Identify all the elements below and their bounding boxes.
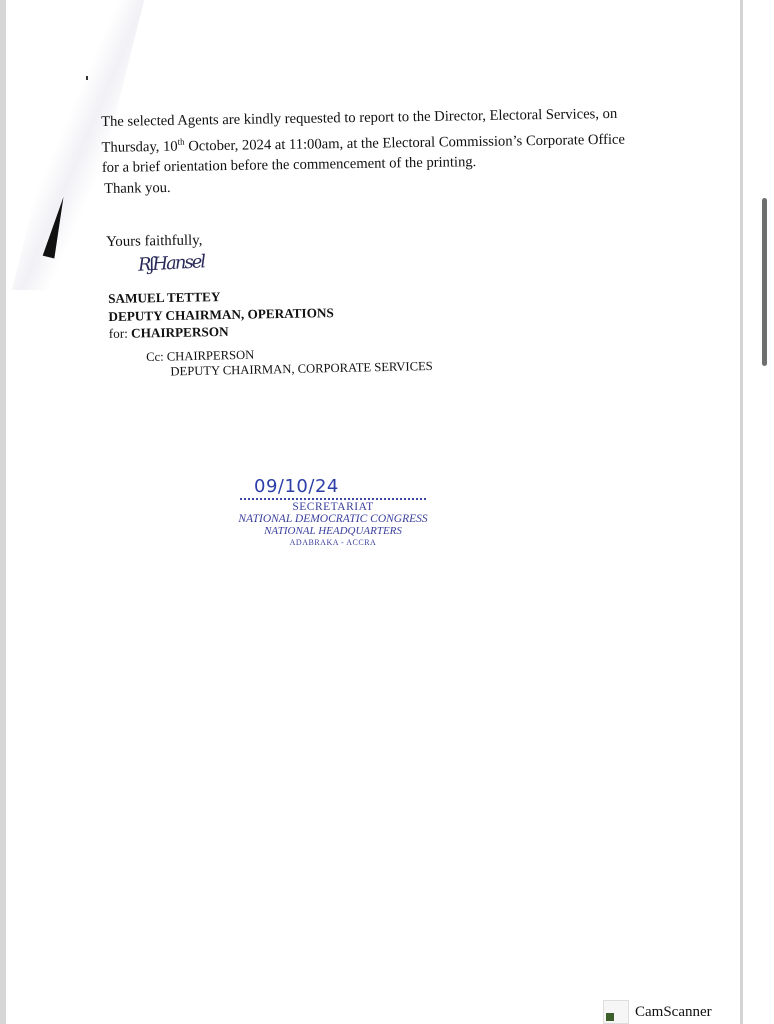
body-paragraph: The selected Agents are kindly requested… [101, 104, 625, 179]
signatory-for: for: CHAIRPERSON [109, 321, 335, 342]
page-right-edge [740, 0, 743, 1024]
stamp-date: 09/10/24 [238, 476, 428, 497]
camscanner-watermark: CamScanner [603, 1000, 712, 1024]
camscanner-label: CamScanner [635, 1004, 712, 1021]
closing-salutation: Yours faithfully, [106, 230, 202, 252]
thanks-line: Thank you. [104, 178, 171, 200]
received-stamp: 09/10/24 SECRETARIAT NATIONAL DEMOCRATIC… [238, 476, 428, 548]
camscanner-logo-icon [603, 1000, 629, 1024]
scrollbar-thumb[interactable] [762, 198, 767, 366]
handwritten-signature: RʃHansel [137, 251, 204, 275]
cc-block: Cc: CHAIRPERSON DEPUTY CHAIRMAN, CORPORA… [146, 344, 433, 380]
page-left-edge [0, 0, 6, 1024]
stamp-line-4: ADABRAKA - ACCRA [238, 537, 428, 548]
stamp-dotted-line [240, 498, 426, 500]
stamp-line-2: NATIONAL DEMOCRATIC CONGRESS [238, 513, 428, 525]
signatory-block: SAMUEL TETTEY DEPUTY CHAIRMAN, OPERATION… [108, 286, 334, 342]
stamp-line-3: NATIONAL HEADQUARTERS [238, 525, 428, 537]
stamp-line-1: SECRETARIAT [238, 501, 428, 513]
scan-speck [86, 76, 88, 80]
